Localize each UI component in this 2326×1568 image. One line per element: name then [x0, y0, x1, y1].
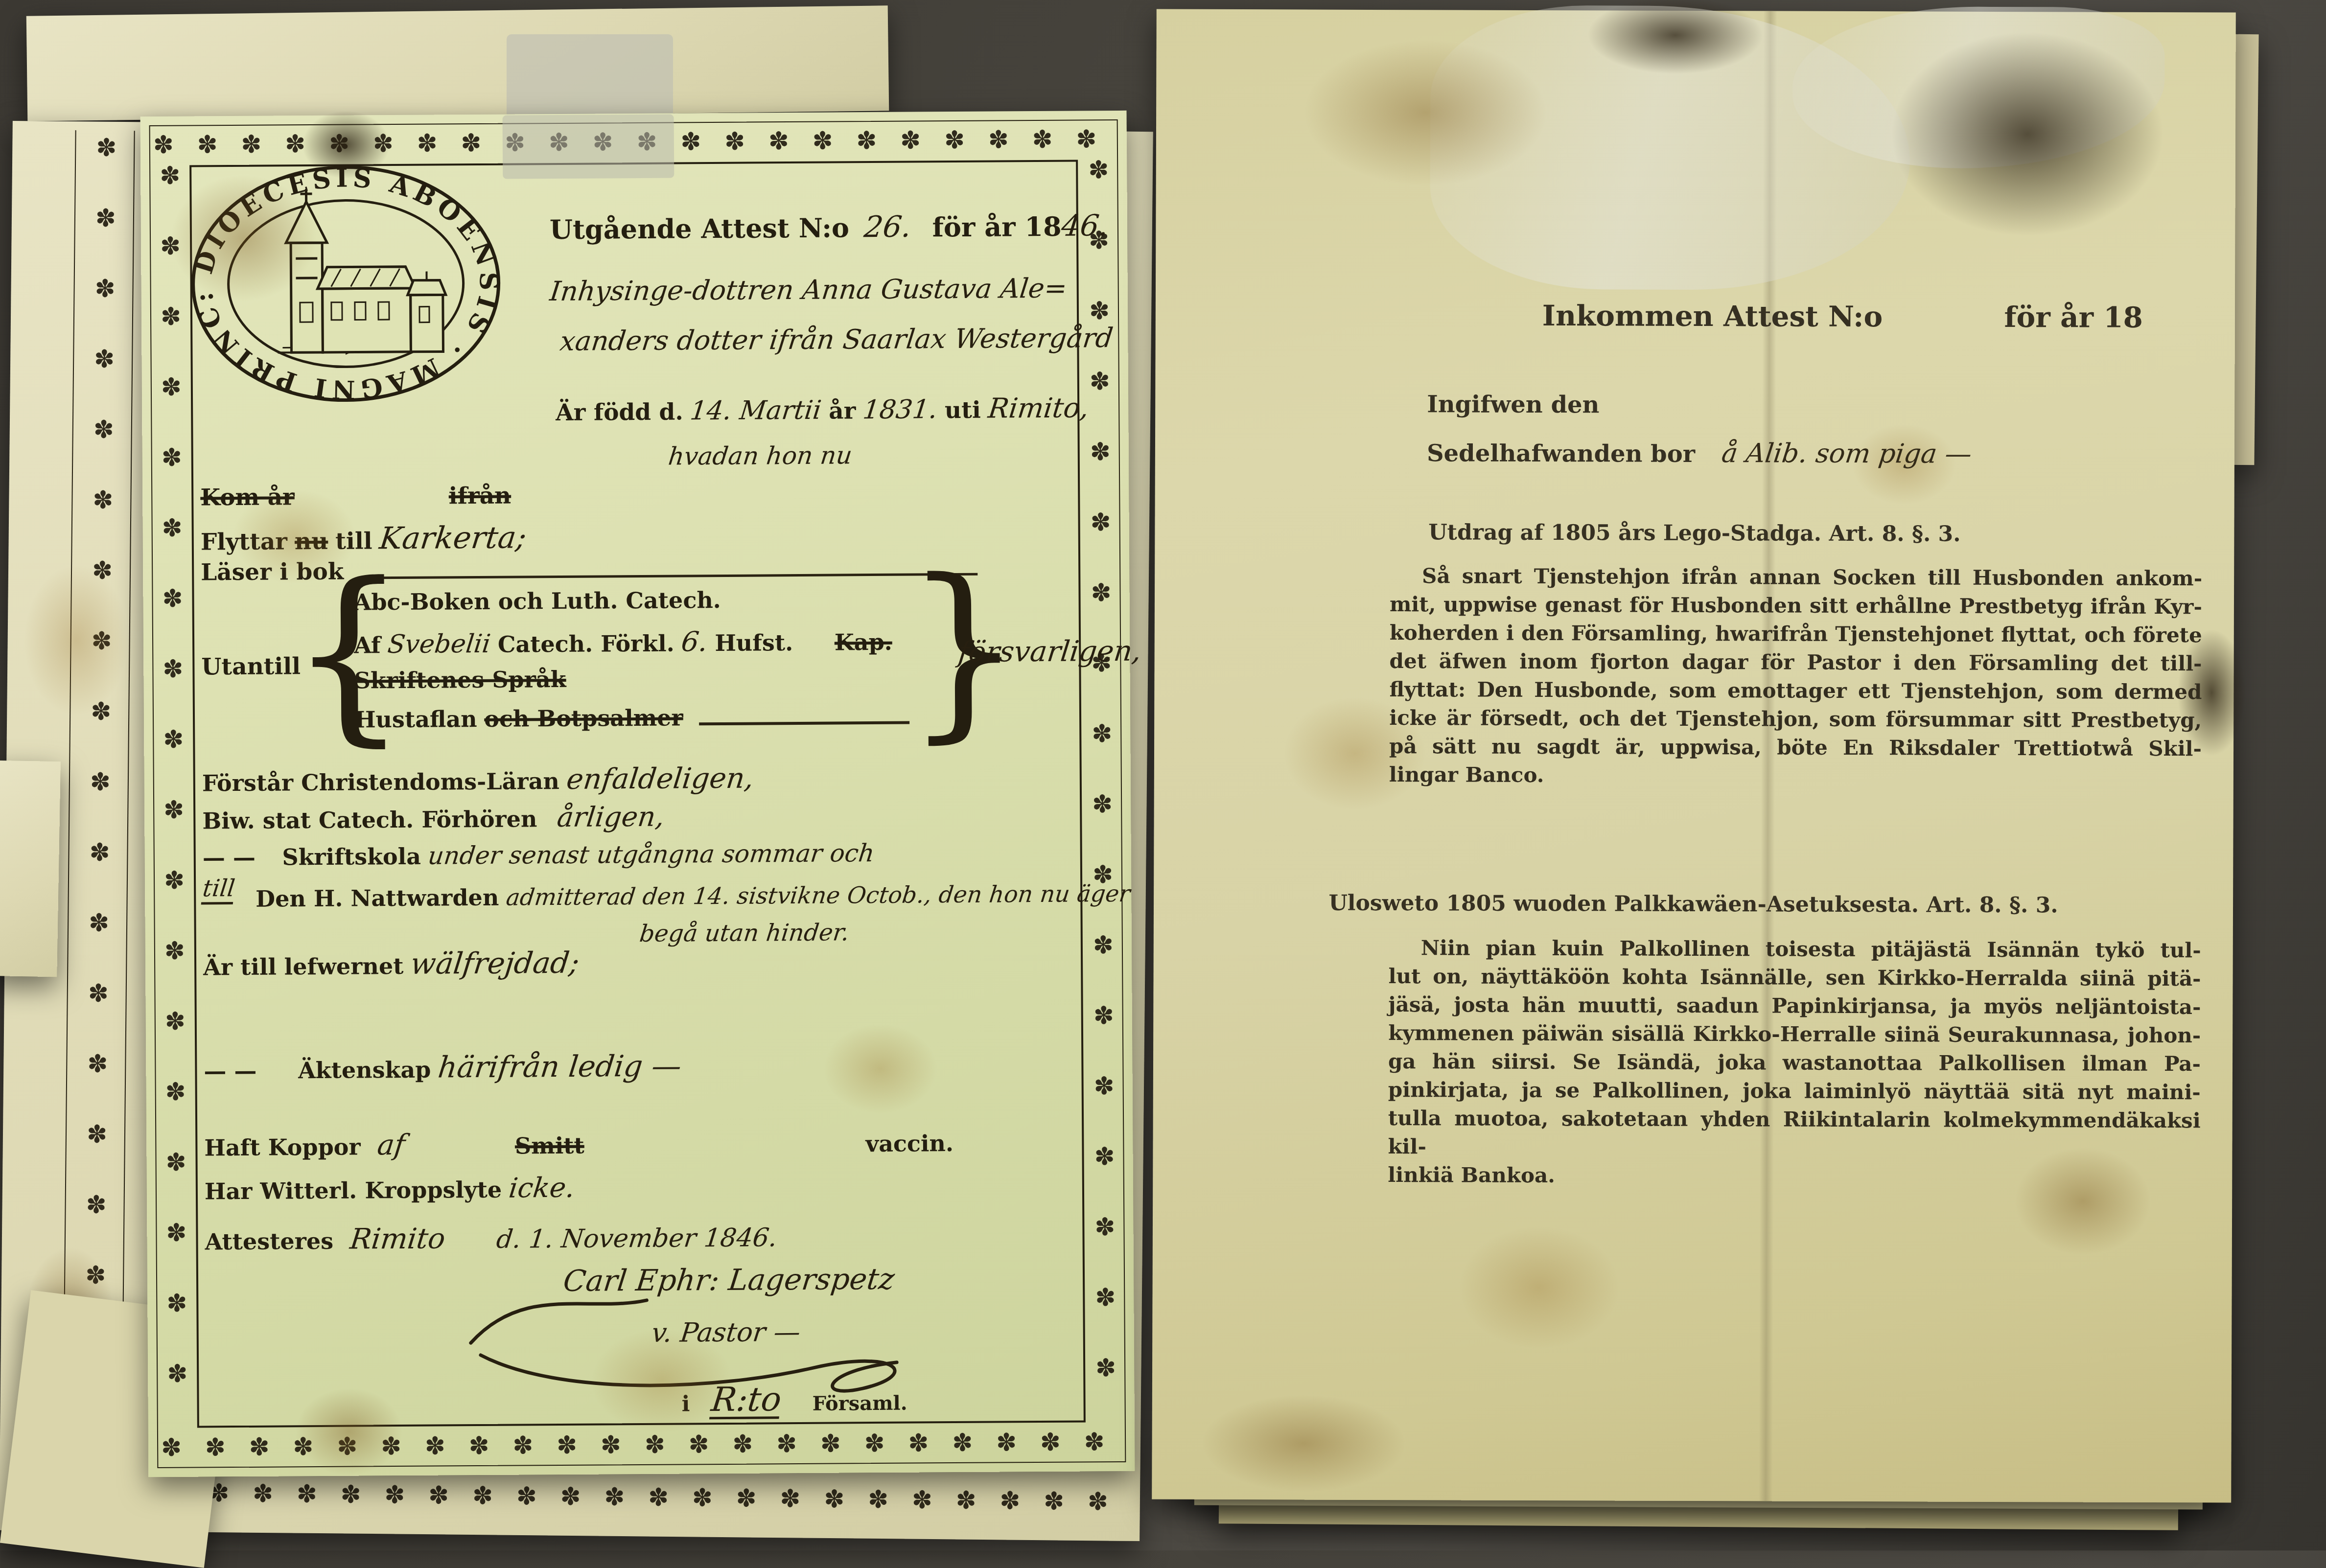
utantill-line2: Af Svebelii Catech. Förkl. 6. Hufst. Kap…	[354, 625, 892, 660]
statute-line: kymmenen päiwän sisällä Kirkko-Herralle …	[1388, 1019, 2201, 1050]
incoming-title: Inkommen Attest N:o	[1542, 299, 1883, 333]
biw-handwritten: årligen,	[555, 801, 666, 833]
statute-line: pinkirjata, ja se Palkollinen, joka laim…	[1388, 1076, 2201, 1107]
outgoing-attest-page: ✽ ✽ ✽ ✽ ✽ ✽ ✽ ✽ ✽ ✽ ✽ ✽ ✽ ✽ ✽ ✽ ✽ ✽ ✽ ✽ …	[140, 111, 1135, 1477]
tape-on-border	[503, 115, 675, 179]
born-parish-handwritten: Rimito,	[986, 392, 1091, 424]
place-handwritten: Rimito	[349, 1222, 447, 1255]
koppor-label: Haft Koppor	[204, 1133, 361, 1161]
aktenskap-handwritten: härifrån ledig —	[436, 1049, 683, 1084]
finnish-statute-paragraph: Niin pian kuin Palkollinen toisesta pitä…	[1388, 934, 2201, 1192]
ornament-bottom: ✽ ✽ ✽ ✽ ✽ ✽ ✽ ✽ ✽ ✽ ✽ ✽ ✽ ✽ ✽ ✽ ✽ ✽ ✽ ✽ …	[161, 1426, 1122, 1464]
skriftskola-handwritten: under senast utgångna sommar och	[426, 839, 876, 870]
signature-title: v. Pastor —	[650, 1316, 802, 1348]
born-printed3: uti	[945, 397, 981, 424]
repair-tissue-patch	[1792, 6, 2165, 169]
title-year-printed: för år 18	[932, 211, 1062, 243]
statute-line: Niin pian kuin Palkollinen toisesta pitä…	[1389, 934, 2201, 965]
dash-marks: — —	[203, 844, 256, 871]
line4-hustaflan: Hustaflan	[354, 706, 477, 733]
biw-label: Biw. stat Catech. Förhören	[202, 806, 537, 834]
koppor-row: Haft Koppor af Smitt vaccin.	[204, 1125, 954, 1162]
line2-svebelii-handwritten: Svebelii	[386, 629, 492, 659]
sedel-label: Sedelhafwanden bor	[1427, 439, 1695, 468]
smitt-struck: Smitt	[515, 1132, 584, 1159]
forsaml-i: i	[681, 1391, 690, 1416]
nattward-label: Den H. Nattwarden	[256, 884, 499, 912]
utantill-line4: Hustaflan och Botpsalmer	[354, 703, 910, 733]
line2-hufst: Hufst.	[715, 629, 793, 656]
forstar-row: Förstår Christendoms-Läran enfaldeligen,	[202, 761, 754, 798]
statute-line: det äfwen inom fjorton dagar för Pastor …	[1390, 647, 2202, 678]
biw-row: Biw. stat Catech. Förhören årligen,	[202, 801, 664, 836]
title-printed: Utgående Attest N:o	[550, 212, 849, 245]
dash-marks: — —	[204, 1058, 256, 1084]
stain	[1456, 1223, 1623, 1351]
incoming-title-row: Inkommen Attest N:o för år 18	[1542, 299, 2143, 334]
ifran-label: ifrån	[449, 483, 512, 510]
aktenskap-row: — — Äktenskap härifrån ledig —	[204, 1049, 681, 1086]
statute-line: koherden i den Församling, hwarifrån Tje…	[1390, 619, 2202, 649]
finnish-statute-header: Ulosweto 1805 wuoden Palkkawäen-Asetukse…	[1154, 890, 2233, 919]
statute-line: icke är försedt, och det Tjenstehjon, so…	[1389, 704, 2202, 735]
line2-kap-struck: Kap.	[835, 629, 892, 656]
statute-line: flyttat: Den Husbonde, som emottager ett…	[1389, 675, 2202, 706]
skriftskola-label: Skriftskola	[282, 843, 421, 871]
incoming-attest-page: Inkommen Attest N:o för år 18 Ingifwen d…	[1152, 9, 2236, 1503]
kroppslyte-label: Har Witterl. Kroppslyte	[205, 1176, 502, 1205]
born-row: Är född d. 14. Martii år 1831. uti Rimit…	[556, 392, 1089, 427]
line2-af: Af	[354, 632, 381, 658]
signature-name: Carl Ephr: Lagerspetz	[561, 1262, 896, 1298]
skriftskola-row: — — Skriftskola under senast utgångna so…	[203, 839, 875, 871]
born-year-handwritten: 1831.	[861, 394, 939, 425]
blank-rule	[361, 568, 977, 579]
sedel-row: Sedelhafwanden bor å Alib. som piga —	[1427, 437, 1972, 469]
hvadan-handwritten: hvadan hon nu	[667, 441, 854, 470]
photo-of-archival-documents: { "decorations": { "ornament_glyph": "✽"…	[0, 0, 2326, 1550]
statute-line: linkiä Bankoa.	[1388, 1161, 2200, 1192]
statute-line: ga hän siirsi. Se Isändä, joka wastanott…	[1388, 1047, 2201, 1078]
utantill-line3-struck: Skriftenes Språk	[354, 666, 566, 694]
lefwernet-label: Är till lefwernet	[203, 953, 404, 980]
utantill-line1: Abc-Boken och Luth. Catech.	[353, 587, 721, 616]
lefwernet-row: Är till lefwernet wälfrejdad;	[203, 946, 579, 983]
utantill-result-handwritten: försvarligen,	[956, 634, 1143, 669]
stacked-sheet-edge-top-left	[26, 5, 889, 121]
flyttar-label: Flyttar	[201, 528, 288, 555]
kom-ar-label: Kom år	[200, 484, 295, 511]
born-printed2: år	[829, 397, 856, 424]
forstar-handwritten: enfaldeligen,	[565, 761, 756, 796]
incoming-year: för år 18	[2004, 300, 2143, 334]
line4-struck: och Botpsalmer	[484, 704, 683, 732]
aktenskap-label: Äktenskap	[298, 1057, 431, 1084]
statute-line: Så snart Tjenstehjon ifrån annan Socken …	[1390, 562, 2202, 593]
line2-catech: Catech. Förkl.	[498, 630, 675, 658]
statute-line: tulla muotoa, sakotetaan yhden Riikintal…	[1388, 1104, 2200, 1163]
underlying-ornament-bottom: ✽ ✽ ✽ ✽ ✽ ✽ ✽ ✽ ✽ ✽ ✽ ✽ ✽ ✽ ✽ ✽ ✽ ✽ ✽ ✽ …	[77, 1476, 1121, 1518]
nattward-row: till Den H. Nattwarden admitterad den 14…	[203, 880, 1130, 916]
protruding-sheet-tab	[0, 761, 61, 977]
swedish-statute-paragraph: Så snart Tjenstehjon ifrån annan Socken …	[1389, 562, 2202, 791]
swedish-statute-header: Utdrag af 1805 års Lego-Stadga. Art. 8. …	[1155, 519, 2234, 548]
line2-number-handwritten: 6.	[679, 626, 709, 658]
statute-line: lut on, näyttäköön kohta Isännälle, sen …	[1388, 962, 2201, 993]
koppor-af-handwritten: af	[375, 1128, 407, 1161]
person-name-line1: Inhysinge-dottren Anna Gustava Ale=	[548, 273, 1069, 307]
vaccin-label: vaccin.	[865, 1130, 954, 1157]
kroppslyte-handwritten: icke.	[507, 1172, 577, 1204]
hand-drawn-rule	[699, 716, 909, 726]
statute-line: lingar Banco.	[1389, 761, 2202, 791]
person-name-line2: xanders dotter ifrån Saarlax Westergård	[558, 322, 1115, 357]
church-illustration	[277, 188, 446, 354]
forsaml-row: i R:to Församl.	[681, 1380, 907, 1420]
diocese-seal: DIOECESIS ABOENSIS · MAGNI PRINC: FINL ·	[184, 160, 508, 409]
sedel-handwritten: å Alib. som piga —	[1720, 438, 1974, 469]
forsaml-rto-handwritten: R:to	[709, 1380, 784, 1419]
kom-ar-row: Kom år ifrån	[200, 483, 511, 511]
forstar-label: Förstår Christendoms-Läran	[202, 768, 559, 796]
kroppslyte-row: Har Witterl. Kroppslyte icke.	[205, 1172, 575, 1206]
nattward-handwritten: admitterad den 14. sistvikne Octob., den…	[505, 880, 1132, 911]
attesteres-row: Attesteres Rimito d. 1. November 1846.	[205, 1220, 777, 1256]
born-date-handwritten: 14. Martii	[689, 395, 823, 426]
forsaml-label: Församl.	[813, 1392, 907, 1415]
bega-handwritten: begå utan hinder.	[638, 919, 850, 947]
born-printed1: Är född d.	[556, 398, 683, 426]
till-handwritten: till	[201, 875, 236, 904]
ingifwen-label: Ingifwen den	[1427, 391, 1599, 418]
attest-number-handwritten: 26.	[862, 210, 913, 245]
statute-line: mit, uppwise genast för Husbonden sitt e…	[1390, 590, 2202, 621]
attest-year-handwritten: 46.	[1060, 208, 1111, 243]
stain	[1201, 1394, 1407, 1493]
statute-line: jäsä, josta hän muutti, saadun Papinkirj…	[1388, 991, 2201, 1021]
attesteres-label: Attesteres	[205, 1228, 333, 1255]
utantill-label: Utantill	[201, 653, 301, 680]
statute-line: på sätt nu sagdt är, uppwisa, böte En Ri…	[1389, 732, 2202, 763]
lefwernet-handwritten: wälfrejdad;	[409, 946, 581, 981]
attest-title-row: Utgående Attest N:o 26. för år 1846.	[550, 208, 1109, 246]
date-handwritten: d. 1. November 1846.	[495, 1223, 779, 1254]
